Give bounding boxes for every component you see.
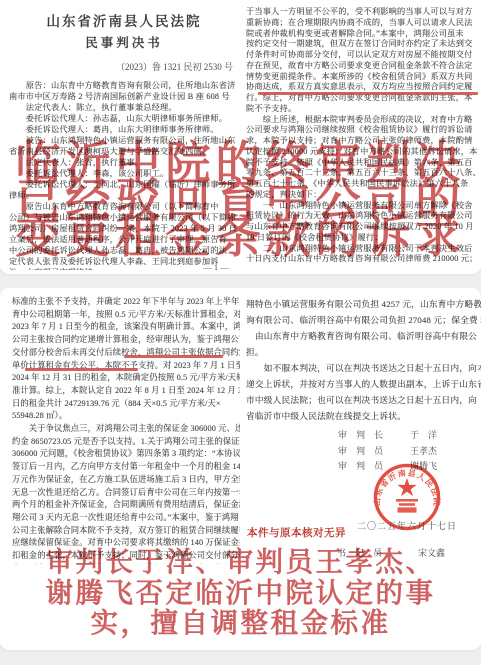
document-text-line: 翔公司 3 天内无息一次性退还给育中公司。”本案中，鉴于鸿翔 [12, 512, 240, 525]
document-text-line: 按约定交付一期建筑，但双方在签订合同时亦约定了未达到交 [246, 39, 481, 50]
document-text-line: 公司主张解除合同本院不予支持，双方签订的租赁合同继续履行， [12, 525, 240, 538]
document-text-line: 翔特色小镇运营服务有限公司负担 4257 元，山东育中方略教 [246, 296, 481, 312]
document-text-line: 南市市中区万寿路 2 号济南国际创新产业设计园 B 座 608 号 [9, 91, 239, 102]
page2-left-column: 标准的主张不予支持，并确定 2022 年下半年与 2023 年上半年系育中公司租… [12, 296, 240, 564]
document-text-line: 公司主张按合同约定递增计算租金，经审理认为，鉴于鸿翔公司 [12, 334, 240, 347]
judge-line: 审 判 员 王孝杰 [338, 444, 468, 460]
document-text-line: 万元作为保证金，在乙方施工队伍进场施工后 3 日内，甲方全额 [12, 474, 240, 487]
judgment-date: 二〇二五年六月十七日 [352, 519, 462, 532]
presiding-judge-line: 审 判 长 于 洋 [338, 428, 468, 444]
red-annotation-middle: 临沂中院的终审判决 已经驳回育中公司的 变更租金条款的诉求 [0, 144, 481, 255]
document-text-line: 市中级人民法院；也可以在判决书送达之日起十五日内，向 [246, 392, 481, 408]
document-text-line: 询有限公司、临沂明谷高中有限公司负担 27048 元；保全费 500 [246, 312, 481, 328]
case-number: （2023）鲁 1321 民初 2530 号 [9, 60, 239, 73]
page2-right-column: 翔特色小镇运营服务有限公司负担 4257 元，山东育中方略教询有限公司、临沂明谷… [246, 296, 481, 426]
page-number: — 1 — [186, 262, 246, 272]
document-text-line: 日的租金共计 24729139.76 元（884 天×0.5 元/平方米/天× [12, 398, 240, 411]
document-text-line: 由山东育中方略教育咨询有限公司、临沂明谷高中有限公 [246, 328, 481, 344]
document-text-line: 育中公司租期第一年，按照 0.5 元/平方米/天标准计算租金，对 [12, 309, 240, 322]
document-text-line: 签订后一月内，乙方向甲方支付第一年租金中一个月的租金 140 [12, 461, 240, 474]
copy-verification-note: 本件与原本核对无异 [247, 525, 346, 540]
red-underline [124, 355, 223, 358]
document-text-line: 担。 [246, 344, 481, 360]
document-text-line: 法定代表人：陈立，执行董事兼总经理。 [9, 102, 239, 113]
document-text-line: 情势变更前提条件。本案所涉的《校舍租赁合同》系双方共同 [246, 72, 481, 83]
star-icon [397, 478, 416, 496]
document-text-line: 标准的主张不予支持，并确定 2022 年下半年与 2023 年上半年系 [12, 296, 240, 309]
document-text-line: 委托诉讼代理人：孙志磊，山东大明律师事务所律师。 [9, 113, 239, 124]
document-text-line: 重新协商；在合理期限内协商不成的，当事人可以请求人民法 [246, 18, 481, 29]
document-text-line: 付条件时可协商部分交付，可以认定双方对房屋不能按期交付 [246, 50, 481, 61]
red-underline [25, 368, 138, 371]
annotation-line: 变更租金条款的诉求 [0, 218, 481, 255]
document-text-line: 院不予支持。 [246, 104, 481, 115]
document-text-line: 关于争议焦点三，对鸿翔公司主张的保证金 306000 元、违 [12, 423, 240, 436]
document-text-line: 两个月的租金补齐保证金，合同期满所有费用结清后，保证金鸿 [12, 499, 240, 512]
red-annotation-bottom: 审判长于洋、审判员王孝杰、 谢腾飞否定临沂中院认定的事 实，擅自调整租金标准 [0, 547, 481, 639]
document-text-line: 综上所述，根据本院审判委员会形成的决议，对育中方略 [246, 115, 481, 126]
document-text-line: 存在预见，故育中方略公司要求变更合同租金条款不符合法定 [246, 61, 481, 72]
document-text-line: 约金 8650723.05 元是否予以支持。1.关于鸿翔公司主张的保证金 [12, 436, 240, 449]
annotation-line: 谢腾飞否定临沂中院认定的事 [0, 578, 481, 609]
document-text-line: 于当事人一方明显不公平的，受不利影响的当事人可以与对方 [246, 7, 481, 18]
annotation-line: 审判长于洋、审判员王孝杰、 [0, 547, 481, 578]
document-text-line: 如不服本判决，可以在判决书送达之日起十五日内，向本 [246, 360, 481, 376]
red-underline [258, 92, 478, 95]
document-text-line: 306000 元问题，《校舍租赁协议》第四条第 3 项约定：“本协议 [12, 448, 240, 461]
document-text-line: 准计算。综上，本院认定自 2022 年 8 月 1 日至 2024 年 12 月… [12, 385, 240, 398]
document-text-line: 递交上诉状，并按对方当事人的人数提出副本，上诉于山东省 [246, 376, 481, 392]
document-text-line: 省临沂市中级人民法院在线提交上诉状。 [246, 408, 481, 424]
document-text-line: 55948.28 ㎡）。 [12, 410, 240, 423]
document-text-line: 公司要求与鸿翔公司继续按照《校舍租赁协议》履行的诉讼请 [246, 125, 481, 136]
document-text-line: 委托诉讼代理人：葛冉，山东大明律师事务所律师。 [9, 124, 239, 135]
document-text-line: 无息一次性退还给乙方。合同签订后育中公司在三年内按第一年 [12, 487, 240, 500]
annotation-line: 实，擅自调整租金标准 [0, 608, 481, 639]
document-text-line: 原告：山东育中方略教育咨询有限公司，住所地山东省济 [9, 80, 239, 91]
emblem-gate-icon [396, 499, 418, 513]
document-text-line: 2023 年 7 月 1 日至今的租金，该案没有明确计算。本案中，鸿翔 [12, 321, 240, 334]
document-type-title: 民事判决书 [9, 33, 239, 51]
document-text-line: 2024 年 12 月 31 日的租金，本院确定仍按照 0.5 元/平方米/天标 [12, 372, 240, 385]
court-title: 山东省沂南县人民法院 [9, 10, 239, 30]
document-text-line: 院或者仲裁机构变更或者解除合同。”本案中，鸿翔公司虽未 [246, 29, 481, 40]
